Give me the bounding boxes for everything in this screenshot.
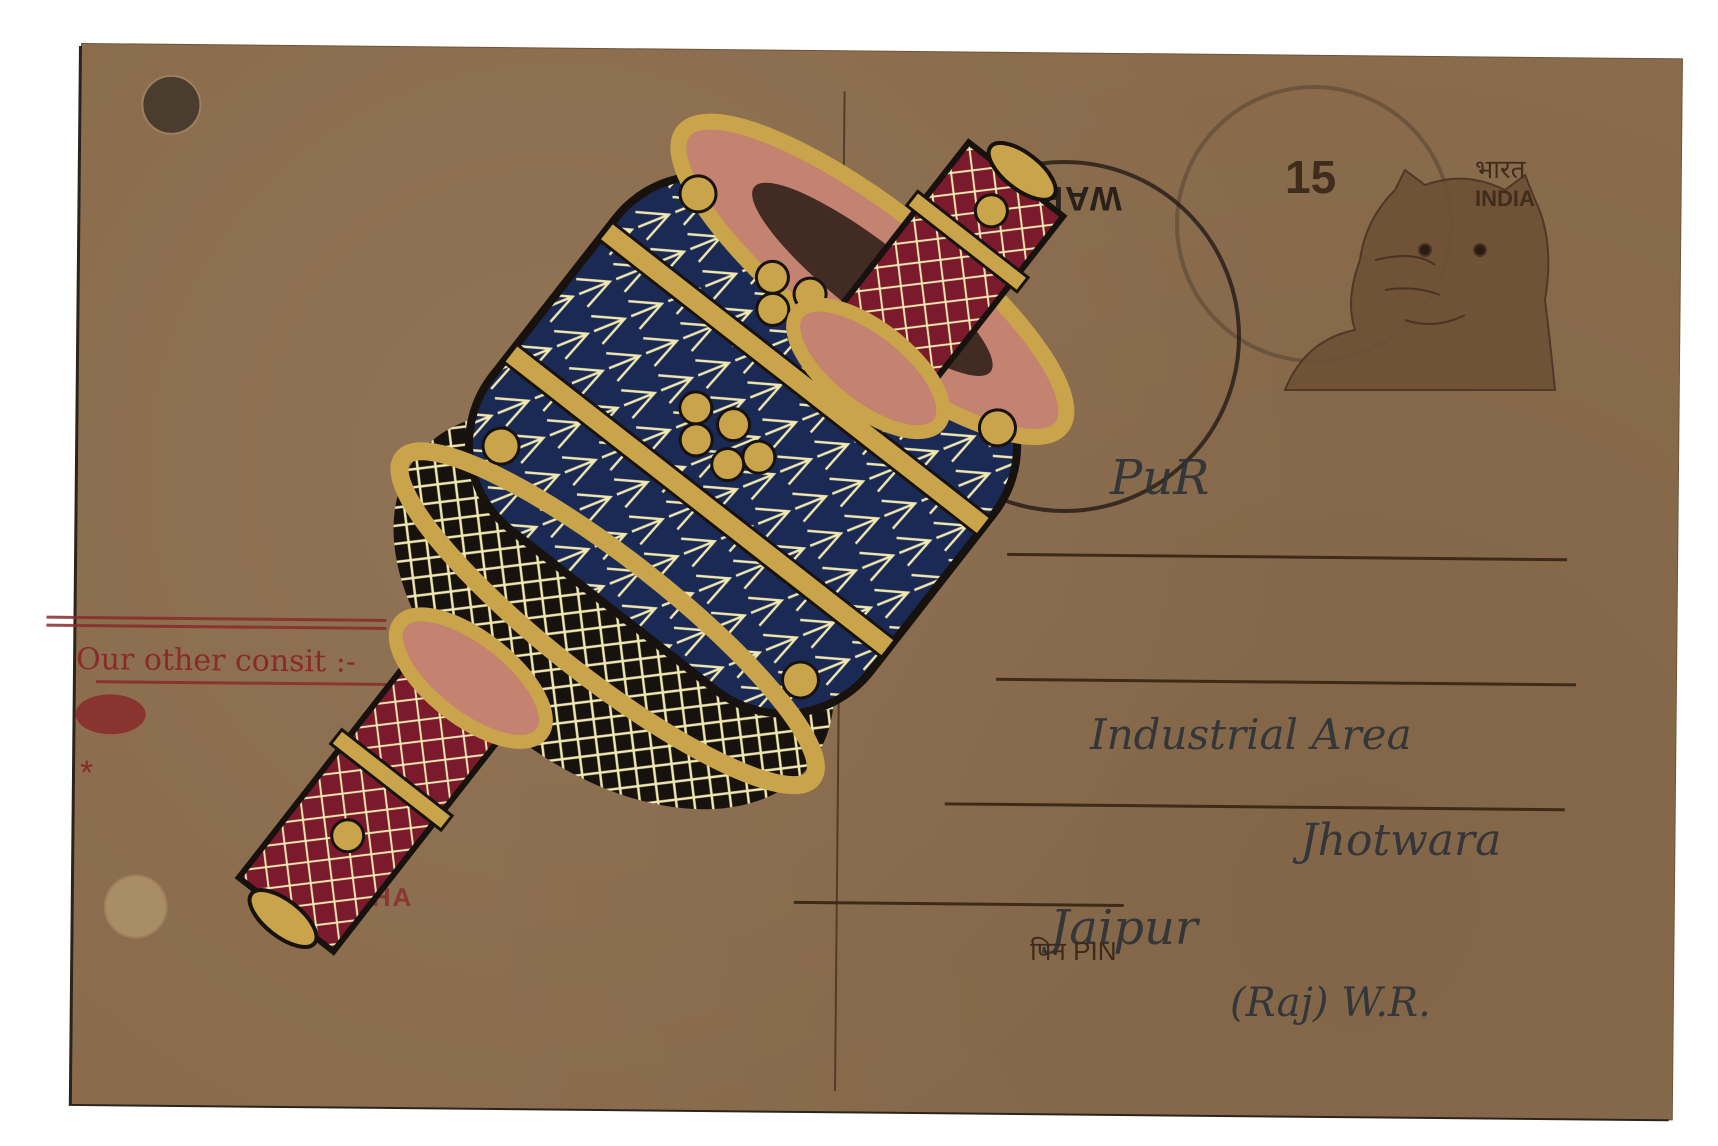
pin-label-hindi: पिन <box>1030 936 1066 966</box>
printed-header: Our other consit :- <box>76 642 356 680</box>
printed-rule <box>46 624 386 630</box>
stamp-value: 15 <box>1285 150 1336 204</box>
handwritten-line: Jhotwara <box>1300 815 1501 866</box>
pin-label: पिन PIN <box>1030 932 1117 968</box>
punch-hole <box>103 874 168 939</box>
postmark-text: WARA <box>1010 178 1122 217</box>
address-line <box>996 678 1576 687</box>
stamp-country-hindi: भारत <box>1475 150 1525 186</box>
punch-hole <box>141 75 202 136</box>
card-divider <box>834 91 846 1091</box>
address-line <box>1007 553 1567 561</box>
phone-icon <box>75 694 145 735</box>
printed-rule <box>46 616 386 622</box>
handwritten-line: PuR <box>1110 450 1209 506</box>
bullet: * <box>80 754 94 793</box>
handwritten-line: (Raj) W.R. <box>1230 980 1431 1026</box>
stamp-country: INDIA <box>1475 186 1535 212</box>
postage-stamp <box>1265 90 1565 420</box>
address-line <box>945 802 1565 811</box>
printed-rule <box>96 680 426 686</box>
printed-town: UNJHA <box>314 881 414 913</box>
handwritten-line: Industrial Area <box>1090 710 1412 759</box>
pin-label-english: PIN <box>1073 936 1116 966</box>
